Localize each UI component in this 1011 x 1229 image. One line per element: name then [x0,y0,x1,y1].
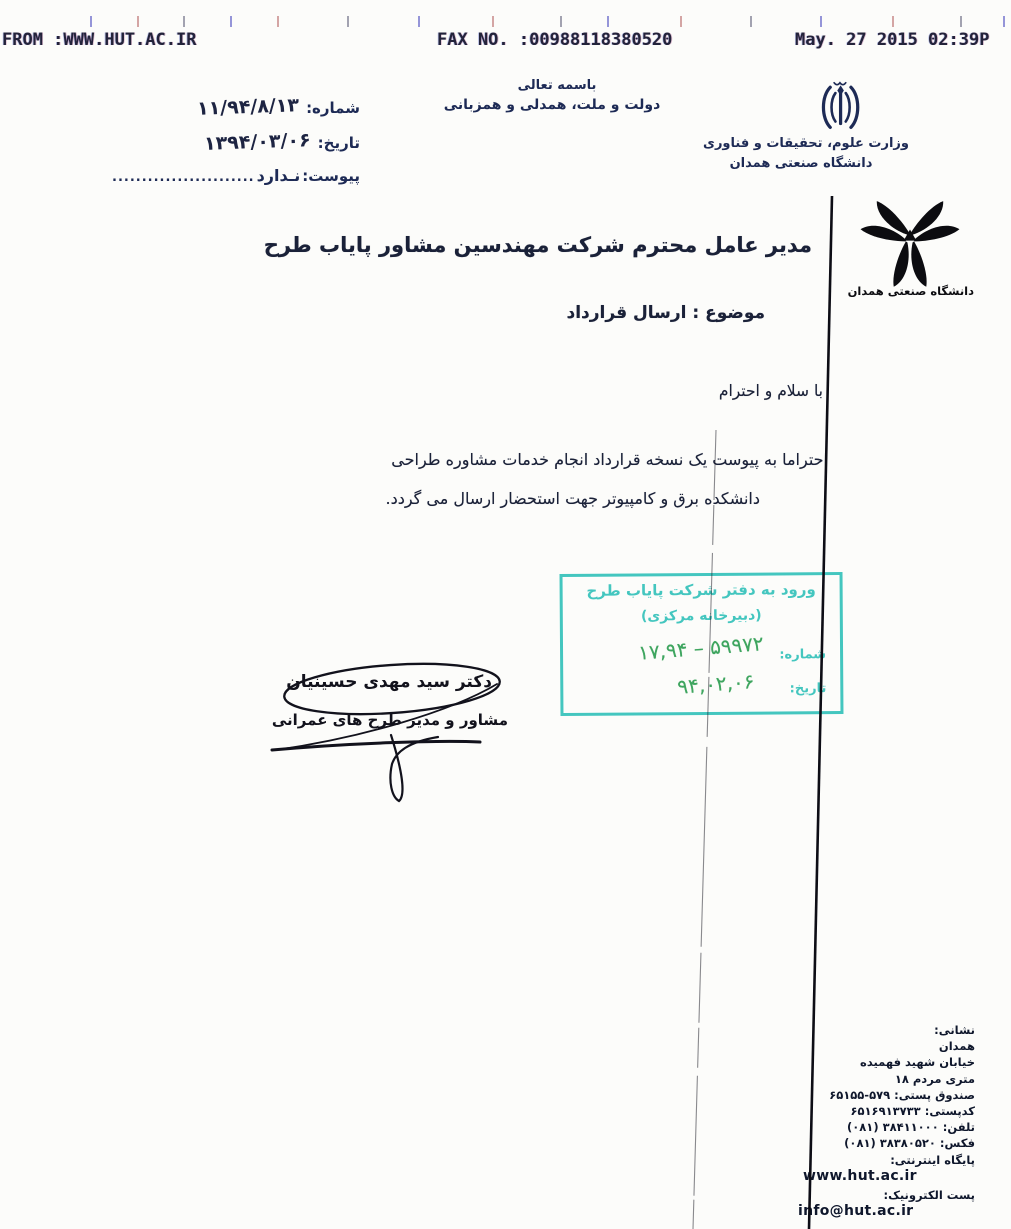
fax-scanned-letter-page: FROM :WWW.HUT.AC.IR FAX NO. :00988118380… [0,0,1011,1229]
ref-attachment-label: پیوست: [302,167,360,185]
scan-tick [750,16,752,27]
subject-line: موضوع : ارسال قرارداد [567,303,766,323]
iran-emblem-icon [816,80,860,132]
fax-header-number: FAX NO. :00988118380520 [437,30,672,52]
website-url: www.hut.ac.ir [705,1168,975,1184]
signatory-name: دکتر سید مهدی حسینیان [286,672,492,692]
ref-date-row: تاریخ: ۱۳۹۴/۰۳/۰۶ [120,131,360,153]
body-line-1: احتراما به پیوست یک نسخه قرارداد انجام خ… [391,450,828,469]
phone-value: (۰۸۱) ۳۸۴۱۱۰۰۰ [847,1120,939,1134]
scan-tick [680,16,682,27]
scan-tick [418,16,420,27]
fax-label: فکس: [940,1136,975,1150]
postal-label: کدپستی: [925,1104,975,1118]
ref-number-row: شماره: ۱۱/۹۴/۸/۱۳ [120,96,360,118]
salutation-line: با سلام و احترام [719,382,823,400]
reference-fields: شماره: ۱۱/۹۴/۸/۱۳ تاریخ: ۱۳۹۴/۰۳/۰۶ پیوس… [120,96,360,198]
fax-line-contact: فکس: (۰۸۱) ۳۸۳۸۰۵۲۰ [705,1135,975,1151]
address-city: همدان [705,1038,975,1054]
ref-attachment-dots: ........................ [112,170,255,185]
university-logo-icon [853,190,967,288]
fax-header-from: FROM :WWW.HUT.AC.IR [2,30,196,52]
scan-tick [90,16,92,27]
scan-tick [347,16,349,27]
website-label: پایگاه اینترنتی: [705,1152,975,1168]
ref-number-label: شماره: [306,99,360,117]
stamp-date-value: ۹۴,۰۲,۰۶ [676,669,755,699]
po-box-line: صندوق پستی: ۶۵۱۵۵-۵۷۹ [705,1087,975,1103]
scan-tick [277,16,279,27]
stamp-number-label: شماره: [779,647,826,662]
phone-line: تلفن: (۰۸۱) ۳۸۴۱۱۰۰۰ [705,1119,975,1135]
address-label: نشانی: [705,1022,975,1038]
phone-label: تلفن: [943,1120,975,1134]
fax-header-datetime: May. 27 2015 02:39P [795,30,989,52]
stamp-subtitle: (دبیرخانه مرکزی) [563,607,840,625]
ref-attachment-row: پیوست: نـدارد ........................ [120,166,360,185]
email-address: info@hut.ac.ir [705,1203,975,1219]
postal-value: ۶۵۱۶۹۱۳۷۳۳ [851,1104,921,1118]
scan-tick [960,16,962,27]
scan-tick [492,16,494,27]
postal-code-line: کدپستی: ۶۵۱۶۹۱۳۷۳۳ [705,1103,975,1119]
scan-tick [560,16,562,27]
signatory-title: مشاور و مدیر طرح های عمرانی [272,711,508,729]
received-stamp: ورود به دفتر شرکت پایاب طرح (دبیرخانه مر… [560,572,844,716]
stamp-date-label: تاریخ: [790,681,827,696]
bismillah-text: باسمه تعالی [518,78,597,93]
recipient-line: مدیر عامل محترم شرکت مهندسین مشاور پایاب… [264,233,812,257]
po-box-label: صندوق پستی: [894,1088,975,1102]
year-slogan-text: دولت و ملت، همدلی و همزبانی [444,97,661,113]
body-line-2: دانشکده برق و کامپیوتر جهت استحضار ارسال… [385,489,760,508]
ref-attachment-value: نـدارد [257,166,301,185]
footer-contact-block: نشانی: همدان خیابان شهید فهمیده متری مرد… [705,1022,975,1219]
scan-tick [230,16,232,27]
scan-tick [183,16,185,27]
ministry-text: وزارت علوم، تحقیقات و فناوری [703,136,909,151]
scan-tick [820,16,822,27]
ref-number-value: ۱۱/۹۴/۸/۱۳ [197,94,300,120]
stamp-number-value: ۱۷,۹۴ – ۵۹۹۷۲ [638,631,765,665]
email-label: پست الکترونیک: [705,1187,975,1203]
scan-tick [892,16,894,27]
scan-tick [1003,16,1005,27]
ref-date-label: تاریخ: [318,134,360,152]
university-text: دانشگاه صنعتی همدان [730,156,873,171]
address-street: خیابان شهید فهمیده [705,1054,975,1070]
po-box-value: ۶۵۱۵۵-۵۷۹ [829,1088,890,1102]
ref-date-value: ۱۳۹۴/۰۳/۰۶ [204,129,311,155]
stamp-title: ورود به دفتر شرکت پایاب طرح [563,580,840,600]
scan-tick [607,16,609,27]
fax-value: (۰۸۱) ۳۸۳۸۰۵۲۰ [844,1136,936,1150]
university-logo-caption: دانشگاه صنعتی همدان [850,284,974,298]
scan-tick [137,16,139,27]
address-street2: متری مردم ۱۸ [705,1071,975,1087]
